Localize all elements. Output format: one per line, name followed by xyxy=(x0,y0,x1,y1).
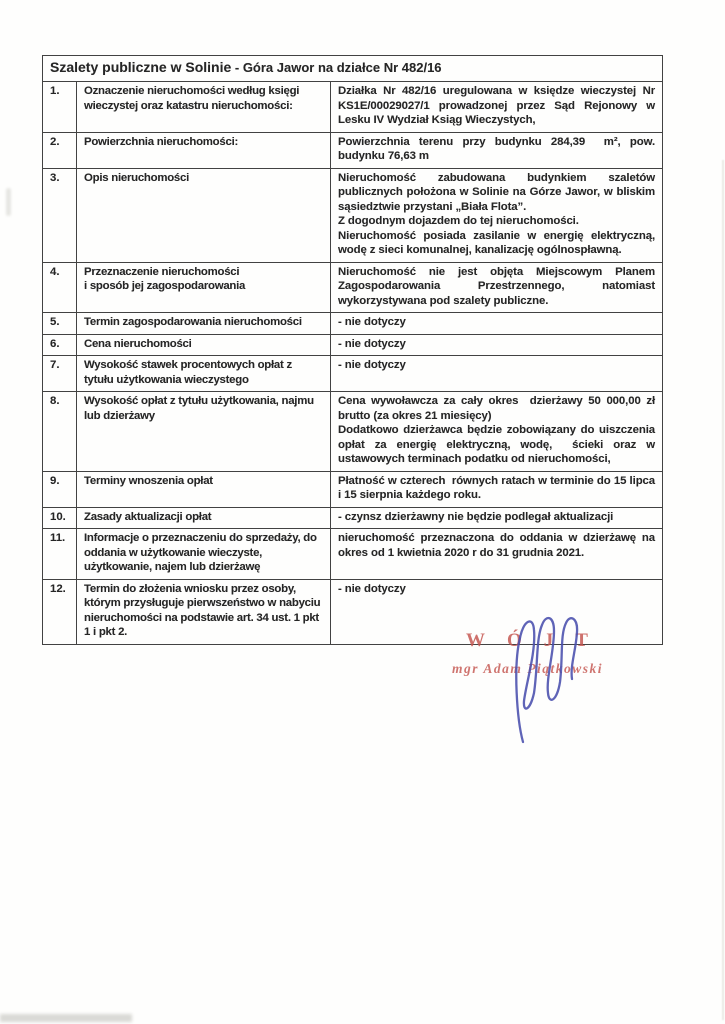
table-row: 7. Wysokość stawek procentowych opłat z … xyxy=(43,356,663,392)
row-value-cell: - nie dotyczy xyxy=(331,334,663,356)
row-label-cell: Terminy wnoszenia opłat xyxy=(77,471,331,507)
row-value-cell: - nie dotyczy xyxy=(331,356,663,392)
document-title-sub: - Góra Jawor na działce Nr 482/16 xyxy=(231,60,441,75)
row-value-cell: Cena wywoławcza za cały okres dzierżawy … xyxy=(331,392,663,472)
table-body: 1. Oznaczenie nieruchomości według księg… xyxy=(43,82,663,645)
handwritten-signature-ink xyxy=(490,608,582,746)
scanned-document-page: Szalety publiczne w Solinie - Góra Jawor… xyxy=(0,0,725,1024)
row-value-cell: Działka Nr 482/16 uregulowana w księdze … xyxy=(331,82,663,133)
row-value-cell: nieruchomość przeznaczona do oddania w d… xyxy=(331,529,663,580)
row-label-cell: Cena nieruchomości xyxy=(77,334,331,356)
row-value-cell: - nie dotyczy xyxy=(331,313,663,335)
row-number-cell: 8. xyxy=(43,392,77,472)
table-row: 9. Terminy wnoszenia opłat Płatność w cz… xyxy=(43,471,663,507)
property-offer-table: Szalety publiczne w Solinie - Góra Jawor… xyxy=(42,55,663,645)
row-value-cell: Nieruchomość zabudowana budynkiem szalet… xyxy=(331,168,663,262)
signature-area: WÓJT mgr Adam Piątkowski xyxy=(452,630,652,780)
row-label-cell: Przeznaczenie nieruchomości i sposób jej… xyxy=(77,262,331,313)
row-number-cell: 3. xyxy=(43,168,77,262)
row-number-cell: 7. xyxy=(43,356,77,392)
row-label-cell: Wysokość stawek procentowych opłat z tyt… xyxy=(77,356,331,392)
scan-artifact-bottom xyxy=(0,1014,132,1022)
table-row: 2. Powierzchnia nieruchomości: Powierzch… xyxy=(43,132,663,168)
table-row: 3. Opis nieruchomości Nieruchomość zabud… xyxy=(43,168,663,262)
document-title-main: Szalety publiczne w Solinie xyxy=(50,59,231,75)
table-row: 6. Cena nieruchomości - nie dotyczy xyxy=(43,334,663,356)
row-number-cell: 1. xyxy=(43,82,77,133)
row-number-cell: 6. xyxy=(43,334,77,356)
row-number-cell: 11. xyxy=(43,529,77,580)
table-row: 8. Wysokość opłat z tytułu użytkowania, … xyxy=(43,392,663,472)
table-row: 10. Zasady aktualizacji opłat - czynsz d… xyxy=(43,507,663,529)
row-value-cell: Powierzchnia terenu przy budynku 284,39 … xyxy=(331,132,663,168)
row-label-cell: Powierzchnia nieruchomości: xyxy=(77,132,331,168)
row-value-cell: Nieruchomość nie jest objęta Miejscowym … xyxy=(331,262,663,313)
row-number-cell: 2. xyxy=(43,132,77,168)
scan-artifact-left xyxy=(6,188,11,216)
row-number-cell: 12. xyxy=(43,579,77,644)
scan-artifact-right xyxy=(722,160,724,1020)
row-number-cell: 9. xyxy=(43,471,77,507)
row-label-cell: Zasady aktualizacji opłat xyxy=(77,507,331,529)
row-label-cell: Wysokość opłat z tytułu użytkowania, naj… xyxy=(77,392,331,472)
row-number-cell: 4. xyxy=(43,262,77,313)
table-row: 5. Termin zagospodarowania nieruchomości… xyxy=(43,313,663,335)
document-title: Szalety publiczne w Solinie - Góra Jawor… xyxy=(43,56,663,82)
row-number-cell: 5. xyxy=(43,313,77,335)
row-number-cell: 10. xyxy=(43,507,77,529)
row-label-cell: Termin do złożenia wniosku przez osoby, … xyxy=(77,579,331,644)
row-value-cell: Płatność w czterech równych ratach w ter… xyxy=(331,471,663,507)
row-value-cell: - czynsz dzierżawny nie będzie podlegał … xyxy=(331,507,663,529)
row-label-cell: Oznaczenie nieruchomości według księgi w… xyxy=(77,82,331,133)
table-row: 11. Informacje o przeznaczeniu do sprzed… xyxy=(43,529,663,580)
row-label-cell: Opis nieruchomości xyxy=(77,168,331,262)
table-row: 1. Oznaczenie nieruchomości według księg… xyxy=(43,82,663,133)
row-label-cell: Informacje o przeznaczeniu do sprzedaży,… xyxy=(77,529,331,580)
table-row: 4. Przeznaczenie nieruchomości i sposób … xyxy=(43,262,663,313)
row-label-cell: Termin zagospodarowania nieruchomości xyxy=(77,313,331,335)
table-title-row: Szalety publiczne w Solinie - Góra Jawor… xyxy=(43,56,663,82)
